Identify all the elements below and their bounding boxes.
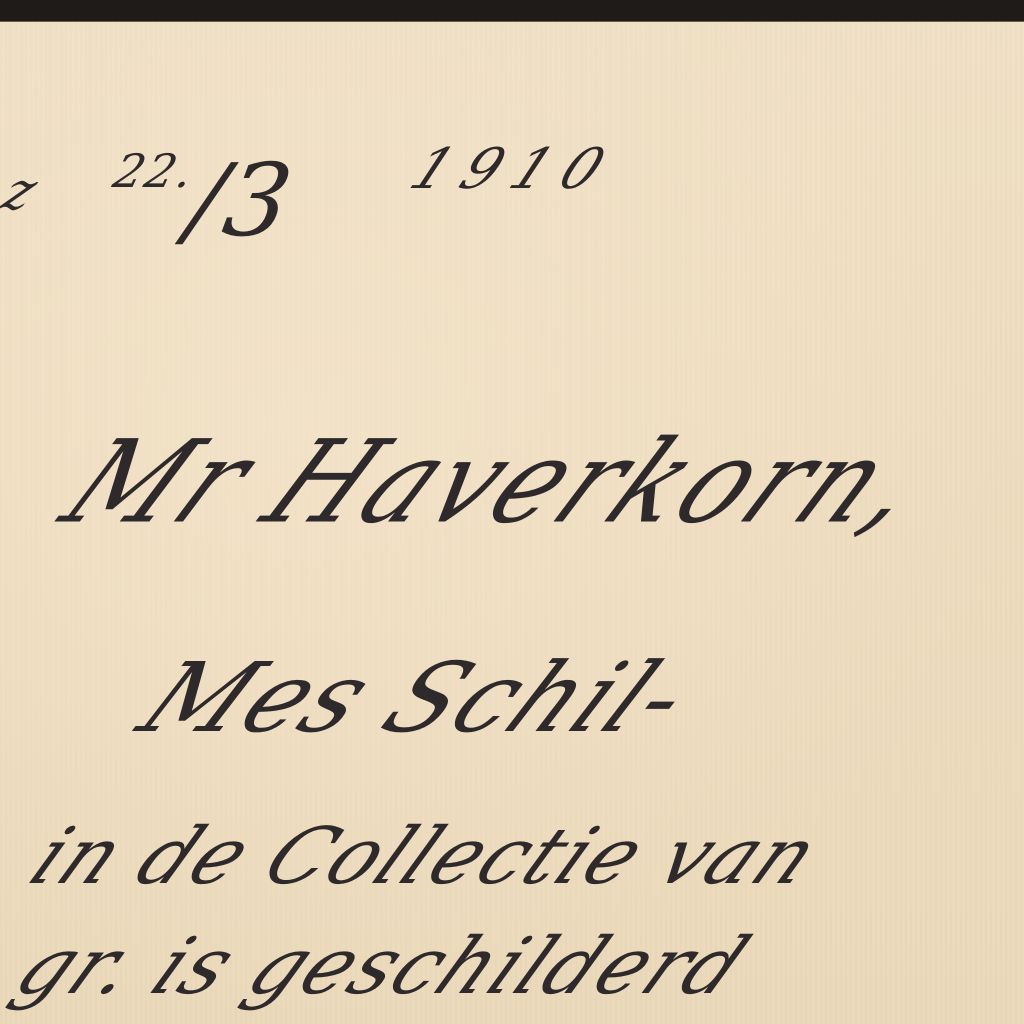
body-line-3: gr. is geschilderd — [0, 922, 765, 1012]
body-line-1: Mes Schil- — [120, 642, 715, 754]
date-year: 1910 — [400, 137, 629, 202]
date-day: 22. — [108, 144, 202, 198]
body-line-2: in de Collectie van — [15, 812, 836, 902]
scan-top-border — [0, 0, 1024, 22]
letter-page: z 22. /3 1910 Mr Haverkorn, Mes Schil- i… — [0, 22, 1024, 1024]
date-prefix-fragment: z — [0, 162, 49, 222]
date-month: /3 — [180, 142, 302, 259]
salutation: Mr Haverkorn, — [40, 415, 957, 549]
